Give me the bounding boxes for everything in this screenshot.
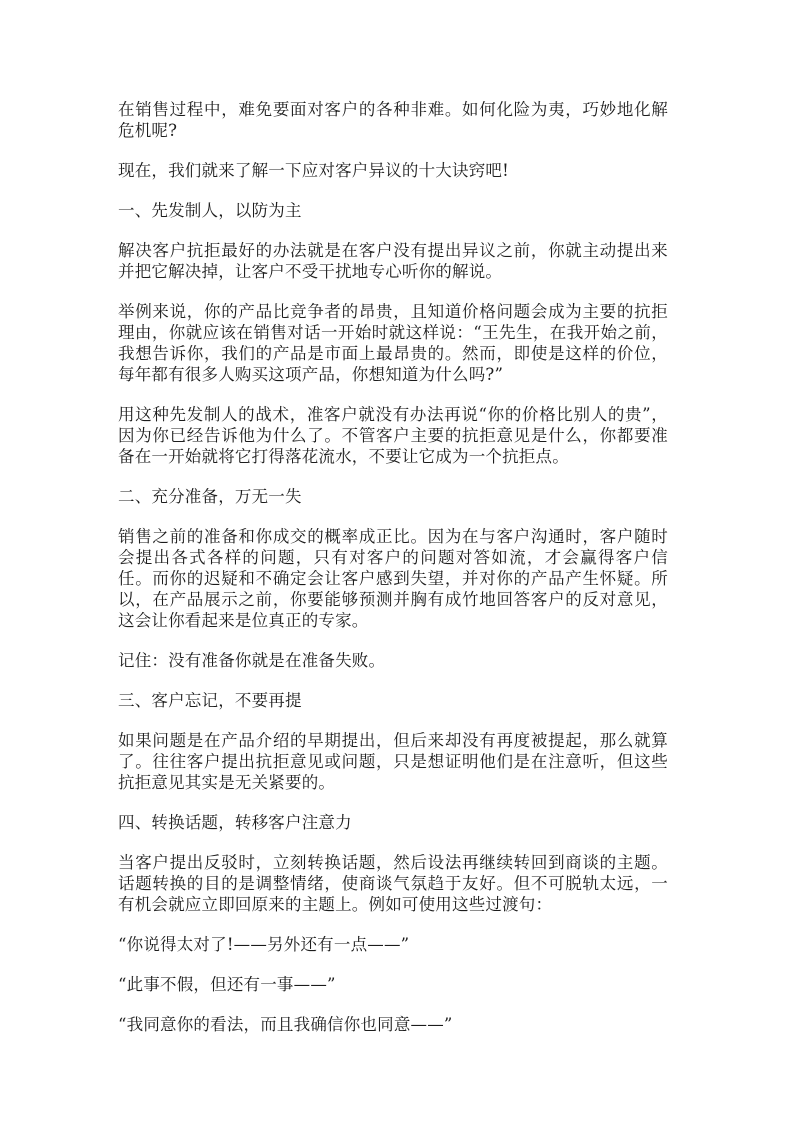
document-page: 在销售过程中，难免要面对客户的各种非难。如何化险为夷，巧妙地化解危机呢? 现在，…	[0, 0, 800, 1132]
paragraph: 销售之前的准备和你成交的概率成正比。因为在与客户沟通时，客户随时会提出各式各样的…	[118, 526, 668, 631]
document-content: 在销售过程中，难免要面对客户的各种非难。如何化险为夷，巧妙地化解危机呢? 现在，…	[118, 99, 668, 1035]
paragraph: 解决客户抗拒最好的办法就是在客户没有提出异议之前，你就主动提出来并把它解决掉，让…	[118, 240, 668, 282]
paragraph: 用这种先发制人的战术，准客户就没有办法再说“你的价格比别人的贵”，因为你已经告诉…	[118, 404, 668, 467]
intro-paragraph: 现在，我们就来了解一下应对客户异议的十大诀窍吧!	[118, 160, 668, 181]
section-heading-1: 一、先发制人，以防为主	[118, 200, 668, 221]
quote-line: “此事不假，但还有一事——”	[118, 974, 668, 995]
paragraph: 举例来说，你的产品比竞争者的昂贵，且知道价格问题会成为主要的抗拒理由，你就应该在…	[118, 301, 668, 385]
paragraph: 如果问题是在产品介绍的早期提出，但后来却没有再度被提起，那么就算了。往往客户提出…	[118, 730, 668, 793]
section-heading-2: 二、充分准备，万无一失	[118, 486, 668, 507]
section-heading-4: 四、转换话题，转移客户注意力	[118, 812, 668, 833]
section-heading-3: 三、客户忘记，不要再提	[118, 690, 668, 711]
quote-line: “我同意你的看法，而且我确信你也同意——”	[118, 1014, 668, 1035]
quote-line: “你说得太对了!——另外还有一点——”	[118, 934, 668, 955]
intro-paragraph: 在销售过程中，难免要面对客户的各种非难。如何化险为夷，巧妙地化解危机呢?	[118, 99, 668, 141]
paragraph: 当客户提出反驳时，立刻转换话题，然后设法再继续转回到商谈的主题。话题转换的目的是…	[118, 852, 668, 915]
paragraph: 记住：没有准备你就是在准备失败。	[118, 650, 668, 671]
